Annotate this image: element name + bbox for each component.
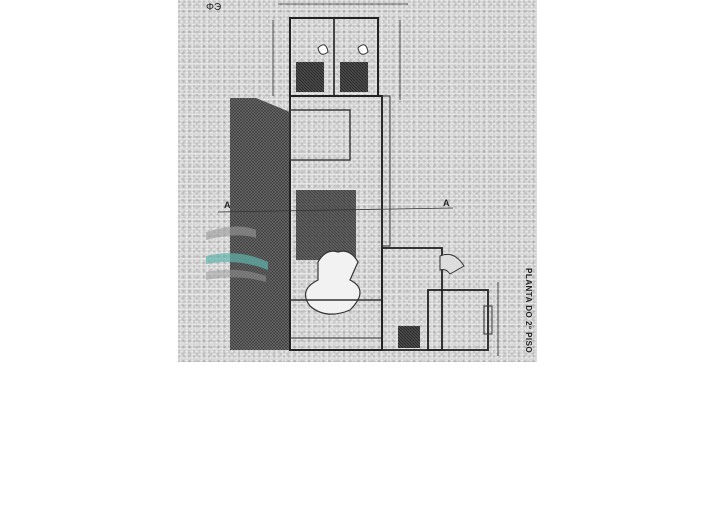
hatched-roof-area	[230, 98, 290, 350]
plan-title: PLANTA DO 2º PISO	[524, 268, 533, 353]
section-marker-right: A	[443, 198, 450, 208]
section-marker-left: A	[224, 200, 231, 210]
scanned-floor-plan: A A ΦЭ	[178, 0, 537, 362]
handwritten-annotation: ΦЭ	[206, 2, 221, 13]
floor-plan-drawing	[178, 0, 537, 362]
